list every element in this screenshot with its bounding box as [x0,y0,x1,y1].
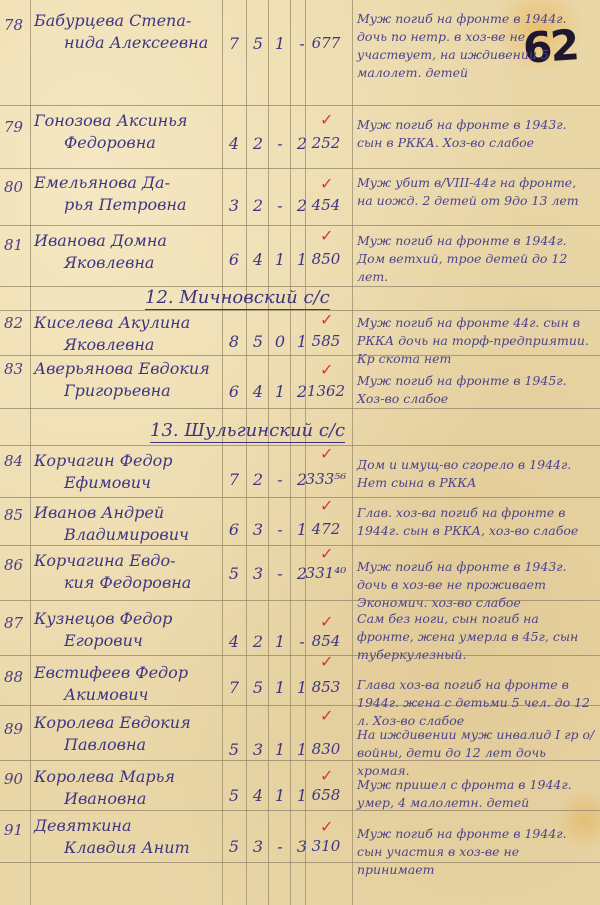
row-rule [0,225,600,226]
workers-count: 1 [268,250,292,269]
row-note: На иждивении муж инвалид I гр о/войны, д… [357,726,595,780]
name-line-2: нида Алексеевна [34,32,224,54]
amount: 658 [305,786,347,804]
person-name: Королева ЕвдокияПавловна [34,712,224,756]
check-mark-icon: ✓ [320,706,333,725]
name-line-1: Кузнецов Федор [34,609,172,628]
check-mark-icon: ✓ [320,444,333,463]
name-line-2: Яковлевна [34,334,224,356]
children-count: 3 [246,740,270,759]
column-line [352,0,353,905]
workers-count: 1 [268,678,292,697]
check-mark-icon: ✓ [320,226,333,245]
workers-count: - [268,837,292,856]
column-line [30,0,31,905]
name-line-1: Корчагина Евдо- [34,551,175,570]
row-note: Муж погиб на фронте в 1943г. дочь в хоз-… [357,558,595,612]
workers-count: - [268,196,292,215]
name-line-1: Аверьянова Евдокия [34,359,210,378]
check-mark-icon: ✓ [320,110,333,129]
children-count: 4 [246,382,270,401]
person-name: Киселева АкулинаЯковлевна [34,312,224,356]
children-count: 4 [246,250,270,269]
amount: 331⁴⁰ [305,564,347,582]
row-number: 89 [4,720,23,738]
row-note: Муж погиб на фронте в 1945г. Хоз-во слаб… [357,372,595,408]
amount: 830 [305,740,347,758]
name-line-2: Владимирович [34,524,224,546]
check-mark-icon: ✓ [320,652,333,671]
row-number: 82 [4,314,23,332]
section-heading: 12. Мичновский с/с [145,287,330,310]
row-rule [0,168,600,169]
family-size: 4 [222,632,246,651]
family-size: 3 [222,196,246,215]
amount: 252 [305,134,347,152]
amount: 472 [305,520,347,538]
family-size: 6 [222,520,246,539]
family-size: 6 [222,250,246,269]
check-mark-icon: ✓ [320,496,333,515]
person-name: Евстифеев ФедорАкимович [34,662,224,706]
name-line-1: Киселева Акулина [34,313,190,332]
row-number: 79 [4,118,23,136]
name-line-2: Акимович [34,684,224,706]
row-number: 80 [4,178,23,196]
name-line-2: Клавдия Анит [34,837,224,859]
row-number: 91 [4,821,23,839]
row-note: Муж убит в/VIII-44г на фронте, на иожд. … [357,174,595,210]
amount: 310 [305,837,347,855]
amount: 585 [305,332,347,350]
person-name: Иванова ДомнаЯковлевна [34,230,224,274]
family-size: 7 [222,678,246,697]
row-rule [0,408,600,409]
check-mark-icon: ✓ [320,174,333,193]
name-line-2: Федоровна [34,132,224,154]
family-size: 5 [222,564,246,583]
row-note: Сам без ноги, сын погиб на фронте, жена … [357,610,595,664]
family-size: 8 [222,332,246,351]
amount: 677 [305,34,347,52]
family-size: 5 [222,740,246,759]
row-rule [0,105,600,106]
children-count: 2 [246,134,270,153]
person-name: Аверьянова ЕвдокияГригорьевна [34,358,224,402]
amount: 853 [305,678,347,696]
children-count: 2 [246,632,270,651]
section-heading: 13. Шульгинский с/с [150,420,345,443]
row-number: 87 [4,614,23,632]
family-size: 7 [222,470,246,489]
workers-count: - [268,564,292,583]
row-note: Муж погиб на фронте в 1944г. Дом ветхий,… [357,232,595,286]
children-count: 4 [246,786,270,805]
children-count: 3 [246,837,270,856]
name-line-2: рья Петровна [34,194,224,216]
name-line-1: Бабурцева Степа- [34,11,191,30]
name-line-2: Павловна [34,734,224,756]
check-mark-icon: ✓ [320,612,333,631]
person-name: Корчагин ФедорЕфимович [34,450,224,494]
name-line-1: Гонозова Аксинья [34,111,187,130]
amount: 333⁵⁶ [305,470,347,488]
family-size: 5 [222,786,246,805]
children-count: 5 [246,678,270,697]
person-name: Емельянова Да-рья Петровна [34,172,224,216]
check-mark-icon: ✓ [320,360,333,379]
row-note: Муж погиб на фронте 44г. сын в РККА дочь… [357,314,595,368]
person-name: ДевяткинаКлавдия Анит [34,815,224,859]
amount: 850 [305,250,347,268]
row-rule [0,445,600,446]
family-size: 7 [222,34,246,53]
workers-count: 1 [268,382,292,401]
check-mark-icon: ✓ [320,817,333,836]
children-count: 3 [246,520,270,539]
name-line-1: Иванов Андрей [34,503,164,522]
row-note: Муж погиб на фронте в 1944г. сын участия… [357,825,595,879]
family-size: 5 [222,837,246,856]
name-line-1: Корчагин Федор [34,451,173,470]
row-number: 81 [4,236,23,254]
workers-count: - [268,520,292,539]
children-count: 3 [246,564,270,583]
person-name: Гонозова АксиньяФедоровна [34,110,224,154]
row-number: 86 [4,556,23,574]
workers-count: - [268,470,292,489]
workers-count: 0 [268,332,292,351]
row-number: 88 [4,668,23,686]
row-rule [0,497,600,498]
children-count: 2 [246,470,270,489]
person-name: Корчагина Евдо-кия Федоровна [34,550,224,594]
amount: 454 [305,196,347,214]
person-name: Бабурцева Степа-нида Алексеевна [34,10,224,54]
row-number: 85 [4,506,23,524]
row-number: 78 [4,16,23,34]
check-mark-icon: ✓ [320,310,333,329]
family-size: 4 [222,134,246,153]
name-line-1: Королева Марья [34,767,175,786]
row-number: 84 [4,452,23,470]
children-count: 5 [246,332,270,351]
row-number: 83 [4,360,23,378]
workers-count: - [268,134,292,153]
name-line-1: Королева Евдокия [34,713,191,732]
row-note: Муж пришел с фронта в 1944г. умер, 4 мал… [357,776,595,812]
row-note: Муж погиб на фронте в 1943г. сын в РККА.… [357,116,595,152]
children-count: 5 [246,34,270,53]
person-name: Иванов АндрейВладимирович [34,502,224,546]
name-line-2: Яковлевна [34,252,224,274]
name-line-2: кия Федоровна [34,572,224,594]
row-note: Дом и имущ-во сгорело в 1944г. Нет сына … [357,456,595,492]
workers-count: 1 [268,34,292,53]
row-note: Глава хоз-ва погиб на фронте в 1944г. же… [357,676,595,730]
row-number: 90 [4,770,23,788]
person-name: Кузнецов ФедорЕгорович [34,608,224,652]
name-line-1: Девяткина [34,816,132,835]
person-name: Королева МарьяИвановна [34,766,224,810]
name-line-1: Иванова Домна [34,231,167,250]
name-line-1: Евстифеев Федор [34,663,188,682]
check-mark-icon: ✓ [320,766,333,785]
name-line-1: Емельянова Да- [34,173,170,192]
name-line-2: Егорович [34,630,224,652]
check-mark-icon: ✓ [320,544,333,563]
family-size: 6 [222,382,246,401]
children-count: 2 [246,196,270,215]
name-line-2: Ефимович [34,472,224,494]
row-note: Глав. хоз-ва погиб на фронте в 1944г. сы… [357,504,595,540]
amount: 854 [305,632,347,650]
row-rule [0,310,600,311]
name-line-2: Ивановна [34,788,224,810]
amount: 1362 [305,382,347,400]
row-note: Муж погиб на фронте в 1944г. дочь по нет… [357,10,595,82]
workers-count: 1 [268,786,292,805]
name-line-2: Григорьевна [34,380,224,402]
workers-count: 1 [268,632,292,651]
ledger-page: 62 78 Бабурцева Степа-нида Алексеевна 7 … [0,0,600,905]
workers-count: 1 [268,740,292,759]
